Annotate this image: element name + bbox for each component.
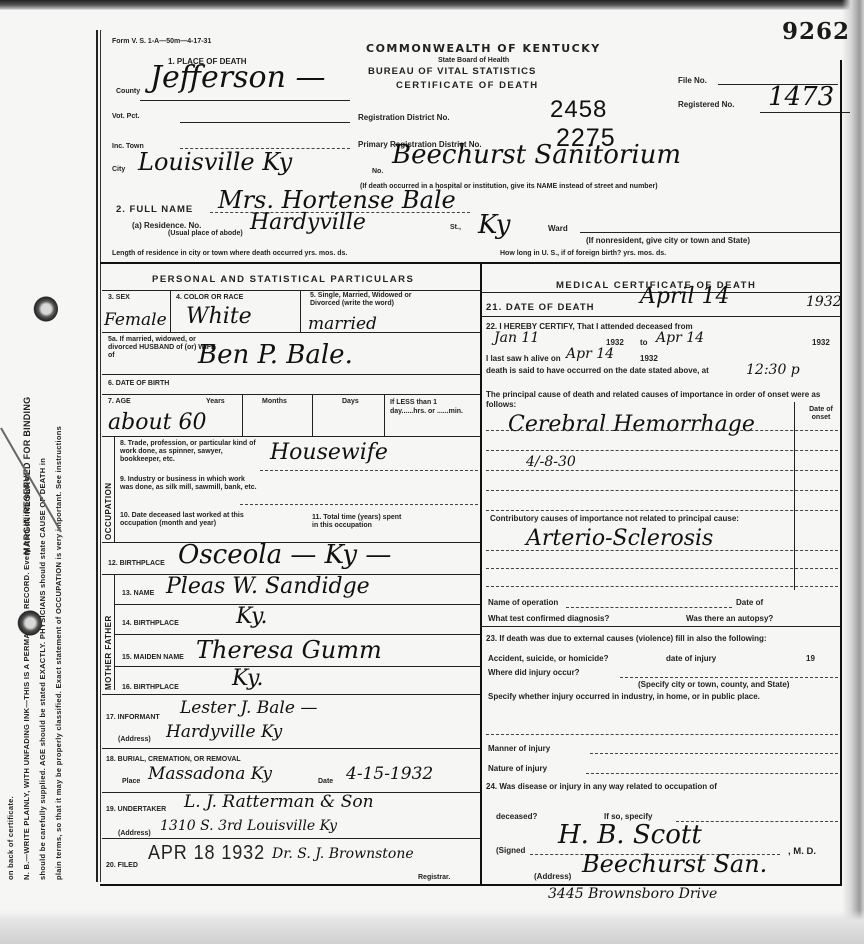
physician-address-label: (Address) <box>534 872 571 881</box>
registrar-signature: Dr. S. J. Brownstone <box>272 846 414 862</box>
mother-maiden-label: 15. MAIDEN NAME <box>122 654 184 661</box>
cause-detail-value: 4/-8-30 <box>526 454 576 470</box>
father-name-label: 13. NAME <box>122 590 154 597</box>
color-value: White <box>186 304 252 329</box>
city-value: Louisville Ky <box>138 148 292 176</box>
row-line <box>102 394 480 395</box>
scan-edge-right <box>842 0 864 944</box>
trade-value: Housewife <box>270 440 388 465</box>
mother-birthplace-label: 16. BIRTHPLACE <box>122 684 179 691</box>
date-of-death-value: April 14 <box>640 284 730 309</box>
filed-stamp: APR 18 1932 <box>148 842 265 865</box>
last-saw-label: I last saw h alive on <box>486 354 561 363</box>
diagnosis-label: What test confirmed diagnosis? <box>488 614 609 623</box>
cell-divider <box>242 394 243 436</box>
row-line <box>102 332 480 333</box>
residence-state-value: Ky <box>478 210 510 240</box>
ward-label: Ward <box>548 224 568 233</box>
last-saw-value: Apr 14 <box>566 346 614 362</box>
operation-line <box>566 607 732 608</box>
cell-divider <box>114 574 115 690</box>
attended-to-year: 1932 <box>812 338 830 347</box>
nature-line <box>586 773 838 774</box>
undertaker-value: L. J. Ratterman & Son <box>184 792 374 812</box>
registration-district-label: Registration District No. <box>358 113 450 122</box>
cause-line <box>486 586 838 587</box>
color-label: 4. COLOR OR RACE <box>176 294 243 301</box>
contributory-label: Contributory causes of importance not re… <box>490 514 780 523</box>
spouse-value: Ben P. Bale. <box>198 340 353 370</box>
burial-place-label: Place <box>122 778 140 785</box>
age-value: about 60 <box>108 410 206 435</box>
age-less-label: If LESS than 1 day......hrs. or ......mi… <box>390 398 470 416</box>
cell-divider <box>300 290 301 332</box>
row-line <box>114 634 480 635</box>
cause-line <box>486 430 838 431</box>
specify-whether-label: Specify whether injury occurred in indus… <box>488 692 838 701</box>
deceased-label: deceased? <box>496 812 537 821</box>
cause-line <box>486 450 838 451</box>
header-board: State Board of Health <box>438 57 509 64</box>
date-of-death-year: 1932 <box>806 294 842 310</box>
marital-value: married <box>308 314 377 334</box>
ward-line <box>580 232 840 233</box>
cell-divider <box>312 394 313 436</box>
nonresident-note: (If nonresident, give city or town and S… <box>586 236 750 245</box>
institution-value: Beechurst Sanitorium <box>392 140 681 170</box>
mother-birthplace-value: Ky. <box>232 666 264 691</box>
attended-to-label: to <box>640 338 648 347</box>
row-line <box>102 436 480 437</box>
where-injury-note: (Specify city or town, county, and State… <box>638 680 789 689</box>
row-line <box>480 626 840 627</box>
birthplace-label: 12. BIRTHPLACE <box>108 560 165 567</box>
registered-no-label: Registered No. <box>678 100 734 109</box>
county-label: County <box>116 88 140 95</box>
undertaker-address-value: 1310 S. 3rd Louisville Ky <box>160 818 337 834</box>
birthplace-value: Osceola — Ky — <box>178 540 391 570</box>
father-birthplace-value: Ky. <box>236 604 268 629</box>
manner-label: Manner of injury <box>488 744 550 753</box>
occupation-related-label: 24. Was disease or injury in any way rel… <box>486 782 717 791</box>
sex-label: 3. SEX <box>108 294 130 301</box>
age-months-label: Months <box>262 398 287 405</box>
external-causes-label: 23. If death was due to external causes … <box>486 634 767 643</box>
accident-label: Accident, suicide, or homicide? <box>488 654 608 663</box>
attended-from-value: Jan 11 <box>494 330 539 346</box>
burial-date-value: 4-15-1932 <box>346 764 433 784</box>
filed-label: 20. FILED <box>106 862 138 869</box>
death-time-value: 12:30 p <box>746 362 800 378</box>
operation-label: Name of operation <box>488 598 558 607</box>
burial-label: 18. BURIAL, CREMATION, OR REMOVAL <box>106 756 241 763</box>
cell-divider <box>114 436 115 542</box>
registered-no-value: 1473 <box>768 82 834 112</box>
principal-cause-label: The principal cause of death and related… <box>486 390 836 410</box>
registration-district-value: 2458 <box>550 96 607 124</box>
informant-label: 17. INFORMANT <box>106 714 160 721</box>
form-id: Form V. S. 1-A—50m—4-17-31 <box>112 38 211 45</box>
row-line <box>102 748 480 749</box>
mother-maiden-value: Theresa Gumm <box>196 636 382 664</box>
date-of-death-label: 21. DATE OF DEATH <box>486 302 595 313</box>
cause-line <box>486 568 838 569</box>
where-injury-label: Where did injury occur? <box>488 668 580 677</box>
physician-signature: H. B. Scott <box>558 820 702 850</box>
cell-divider <box>384 394 385 436</box>
attended-to-value: Apr 14 <box>656 330 704 346</box>
age-years-label: Years <box>206 398 225 405</box>
father-name-value: Pleas W. Sandidge <box>166 574 370 599</box>
operation-date-label: Date of <box>736 598 763 607</box>
residence-sublabel: (Usual place of abode) <box>168 230 243 237</box>
city-label: City <box>112 166 125 173</box>
binding-hole-icon <box>16 610 42 636</box>
autopsy-label: Was there an autopsy? <box>686 614 773 623</box>
row-line <box>102 374 480 375</box>
informant-value: Lester J. Bale — <box>180 698 317 718</box>
scan-edge-top <box>0 0 864 10</box>
sex-value: Female <box>104 310 167 330</box>
where-injury-line <box>620 677 838 678</box>
vot-pct-label: Vot. Pct. <box>112 113 139 120</box>
margin-note-3: should be carefully supplied. AGE should… <box>38 458 47 880</box>
last-saw-year: 1932 <box>640 354 658 363</box>
age-label: 7. AGE <box>108 398 131 405</box>
row-line <box>480 316 840 317</box>
scan-edge-bottom <box>0 910 864 944</box>
row-line <box>102 290 480 291</box>
trade-label: 8. Trade, profession, or particular kind… <box>120 440 260 464</box>
md-label: , M. D. <box>788 846 816 857</box>
row-line <box>102 838 480 839</box>
age-days-label: Days <box>342 398 359 405</box>
row-line <box>114 604 480 605</box>
header-divider <box>100 262 840 264</box>
length-residence-label: Length of residence in city or town wher… <box>112 250 347 257</box>
manner-line <box>590 753 838 754</box>
cause-line <box>486 550 838 551</box>
undertaker-address-label: (Address) <box>118 830 151 837</box>
parents-side-label: MOTHER FATHER <box>104 615 113 690</box>
industry-label: 9. Industry or business in which work wa… <box>120 476 260 492</box>
injury-year-label: 19 <box>806 654 815 663</box>
principal-cause-value: Cerebral Hemorrhage <box>508 412 755 437</box>
industry-line <box>240 504 478 505</box>
file-no-label: File No. <box>678 76 707 85</box>
cause-line <box>486 490 838 491</box>
form-border-right <box>840 60 842 886</box>
residence-label: (a) Residence. No. <box>132 221 201 230</box>
physician-address-value: Beechurst San. <box>582 850 767 878</box>
injury-line <box>486 734 838 735</box>
margin-note-4: plain terms, so that it may be properly … <box>54 426 63 880</box>
date-of-onset-label: Date of onset <box>804 406 838 422</box>
informant-address-label: (Address) <box>118 736 151 743</box>
physician-address-line2: 3445 Brownsboro Drive <box>548 886 717 902</box>
signed-label: (Signed <box>496 846 525 855</box>
residence-value: Hardyville <box>250 210 366 235</box>
vot-pct-line <box>180 122 350 123</box>
residence-state-label: St., <box>450 224 461 231</box>
trade-line <box>260 470 478 471</box>
undertaker-label: 19. UNDERTAKER <box>106 806 166 813</box>
registrar-label: Registrar. <box>418 874 450 881</box>
county-line <box>140 100 350 101</box>
occupation-side-label: OCCUPATION <box>104 482 113 540</box>
header-bureau: BUREAU OF VITAL STATISTICS <box>368 66 536 77</box>
column-divider <box>480 262 482 884</box>
burial-place-value: Massadona Ky <box>148 764 272 784</box>
total-time-label: 11. Total time (years) spent in this occ… <box>312 514 402 530</box>
cause-line <box>486 470 838 471</box>
registered-no-line <box>760 112 850 113</box>
how-long-us-label: How long in U. S., if of foreign birth? … <box>500 250 666 257</box>
full-name-label: 2. FULL NAME <box>116 204 193 215</box>
header-title: COMMONWEALTH OF KENTUCKY <box>366 42 601 55</box>
form-bottom-border <box>100 884 840 886</box>
informant-address-value: Hardyville Ky <box>166 722 282 742</box>
header-certificate: CERTIFICATE OF DEATH <box>396 80 539 91</box>
margin-note-5: on back of certificate. <box>6 796 15 880</box>
county-value: Jefferson — <box>150 60 325 95</box>
institution-no-label: No. <box>372 168 383 175</box>
personal-section-title: PERSONAL AND STATISTICAL PARTICULARS <box>152 274 414 285</box>
form-border-left <box>96 30 101 882</box>
binding-hole-icon <box>32 296 58 322</box>
cell-divider <box>170 290 171 332</box>
contributory-value: Arterio-Sclerosis <box>526 526 713 551</box>
father-birthplace-label: 14. BIRTHPLACE <box>122 620 179 627</box>
row-line <box>114 666 480 667</box>
marital-label: 5. Single, Married, Widowed or Divorced … <box>310 292 440 308</box>
dob-label: 6. DATE OF BIRTH <box>108 380 169 387</box>
injury-date-label: date of injury <box>666 654 716 663</box>
burial-date-label: Date <box>318 778 333 785</box>
nature-label: Nature of injury <box>488 764 547 773</box>
last-worked-label: 10. Date deceased last worked at this oc… <box>120 512 250 528</box>
cause-line <box>486 510 838 511</box>
row-line <box>102 694 480 695</box>
serial-number: 9262 <box>782 18 850 45</box>
